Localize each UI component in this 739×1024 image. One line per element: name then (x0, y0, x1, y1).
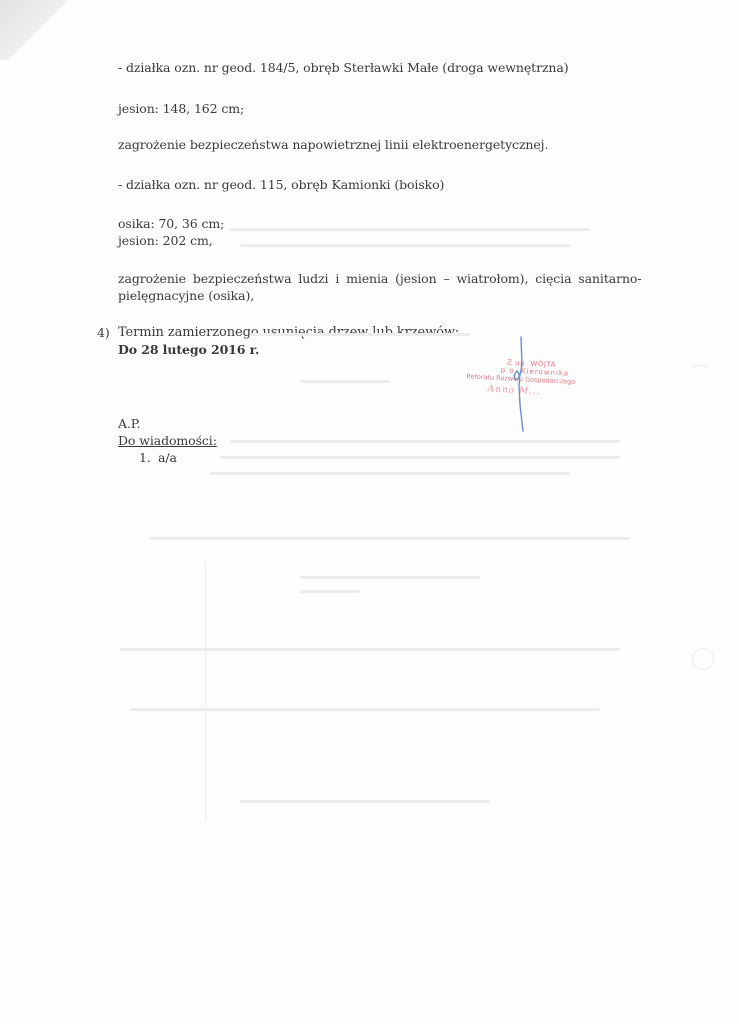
plot-115-reason-line1: zagrożenie bezpieczeństwa ludzi i mienia… (118, 271, 652, 286)
signature-icon (505, 335, 535, 435)
folded-corner-shadow (0, 0, 90, 60)
cc-label: Do wiadomości: (118, 433, 217, 448)
edge-mark (690, 365, 710, 381)
cc-item-number: 1. (139, 450, 151, 465)
section-4-deadline: Do 28 lutego 2016 r. (118, 342, 259, 357)
plot-115-reason-line2: pielęgnacyjne (osika), (118, 288, 254, 303)
plot-115-heading: - działka ozn. nr geod. 115, obręb Kamio… (118, 177, 444, 192)
plot-184-5-heading: - działka ozn. nr geod. 184/5, obręb Ste… (118, 60, 569, 75)
document-page: - działka ozn. nr geod. 184/5, obręb Ste… (0, 0, 739, 1024)
author-initials: A.P. (118, 416, 140, 431)
edge-mark (692, 648, 714, 670)
plot-115-tree-osika: osika: 70, 36 cm; (118, 216, 224, 231)
plot-184-5-reason: zagrożenie bezpieczeństwa napowietrznej … (118, 137, 548, 152)
plot-184-5-trees: jesion: 148, 162 cm; (118, 101, 244, 116)
section-4-number: 4) (97, 325, 110, 340)
plot-115-tree-jesion: jesion: 202 cm, (118, 233, 213, 248)
official-stamp: Z up. WÓJTA p.o. Kierownika Referatu Roz… (461, 356, 613, 414)
cc-item-text: a/a (158, 450, 177, 465)
